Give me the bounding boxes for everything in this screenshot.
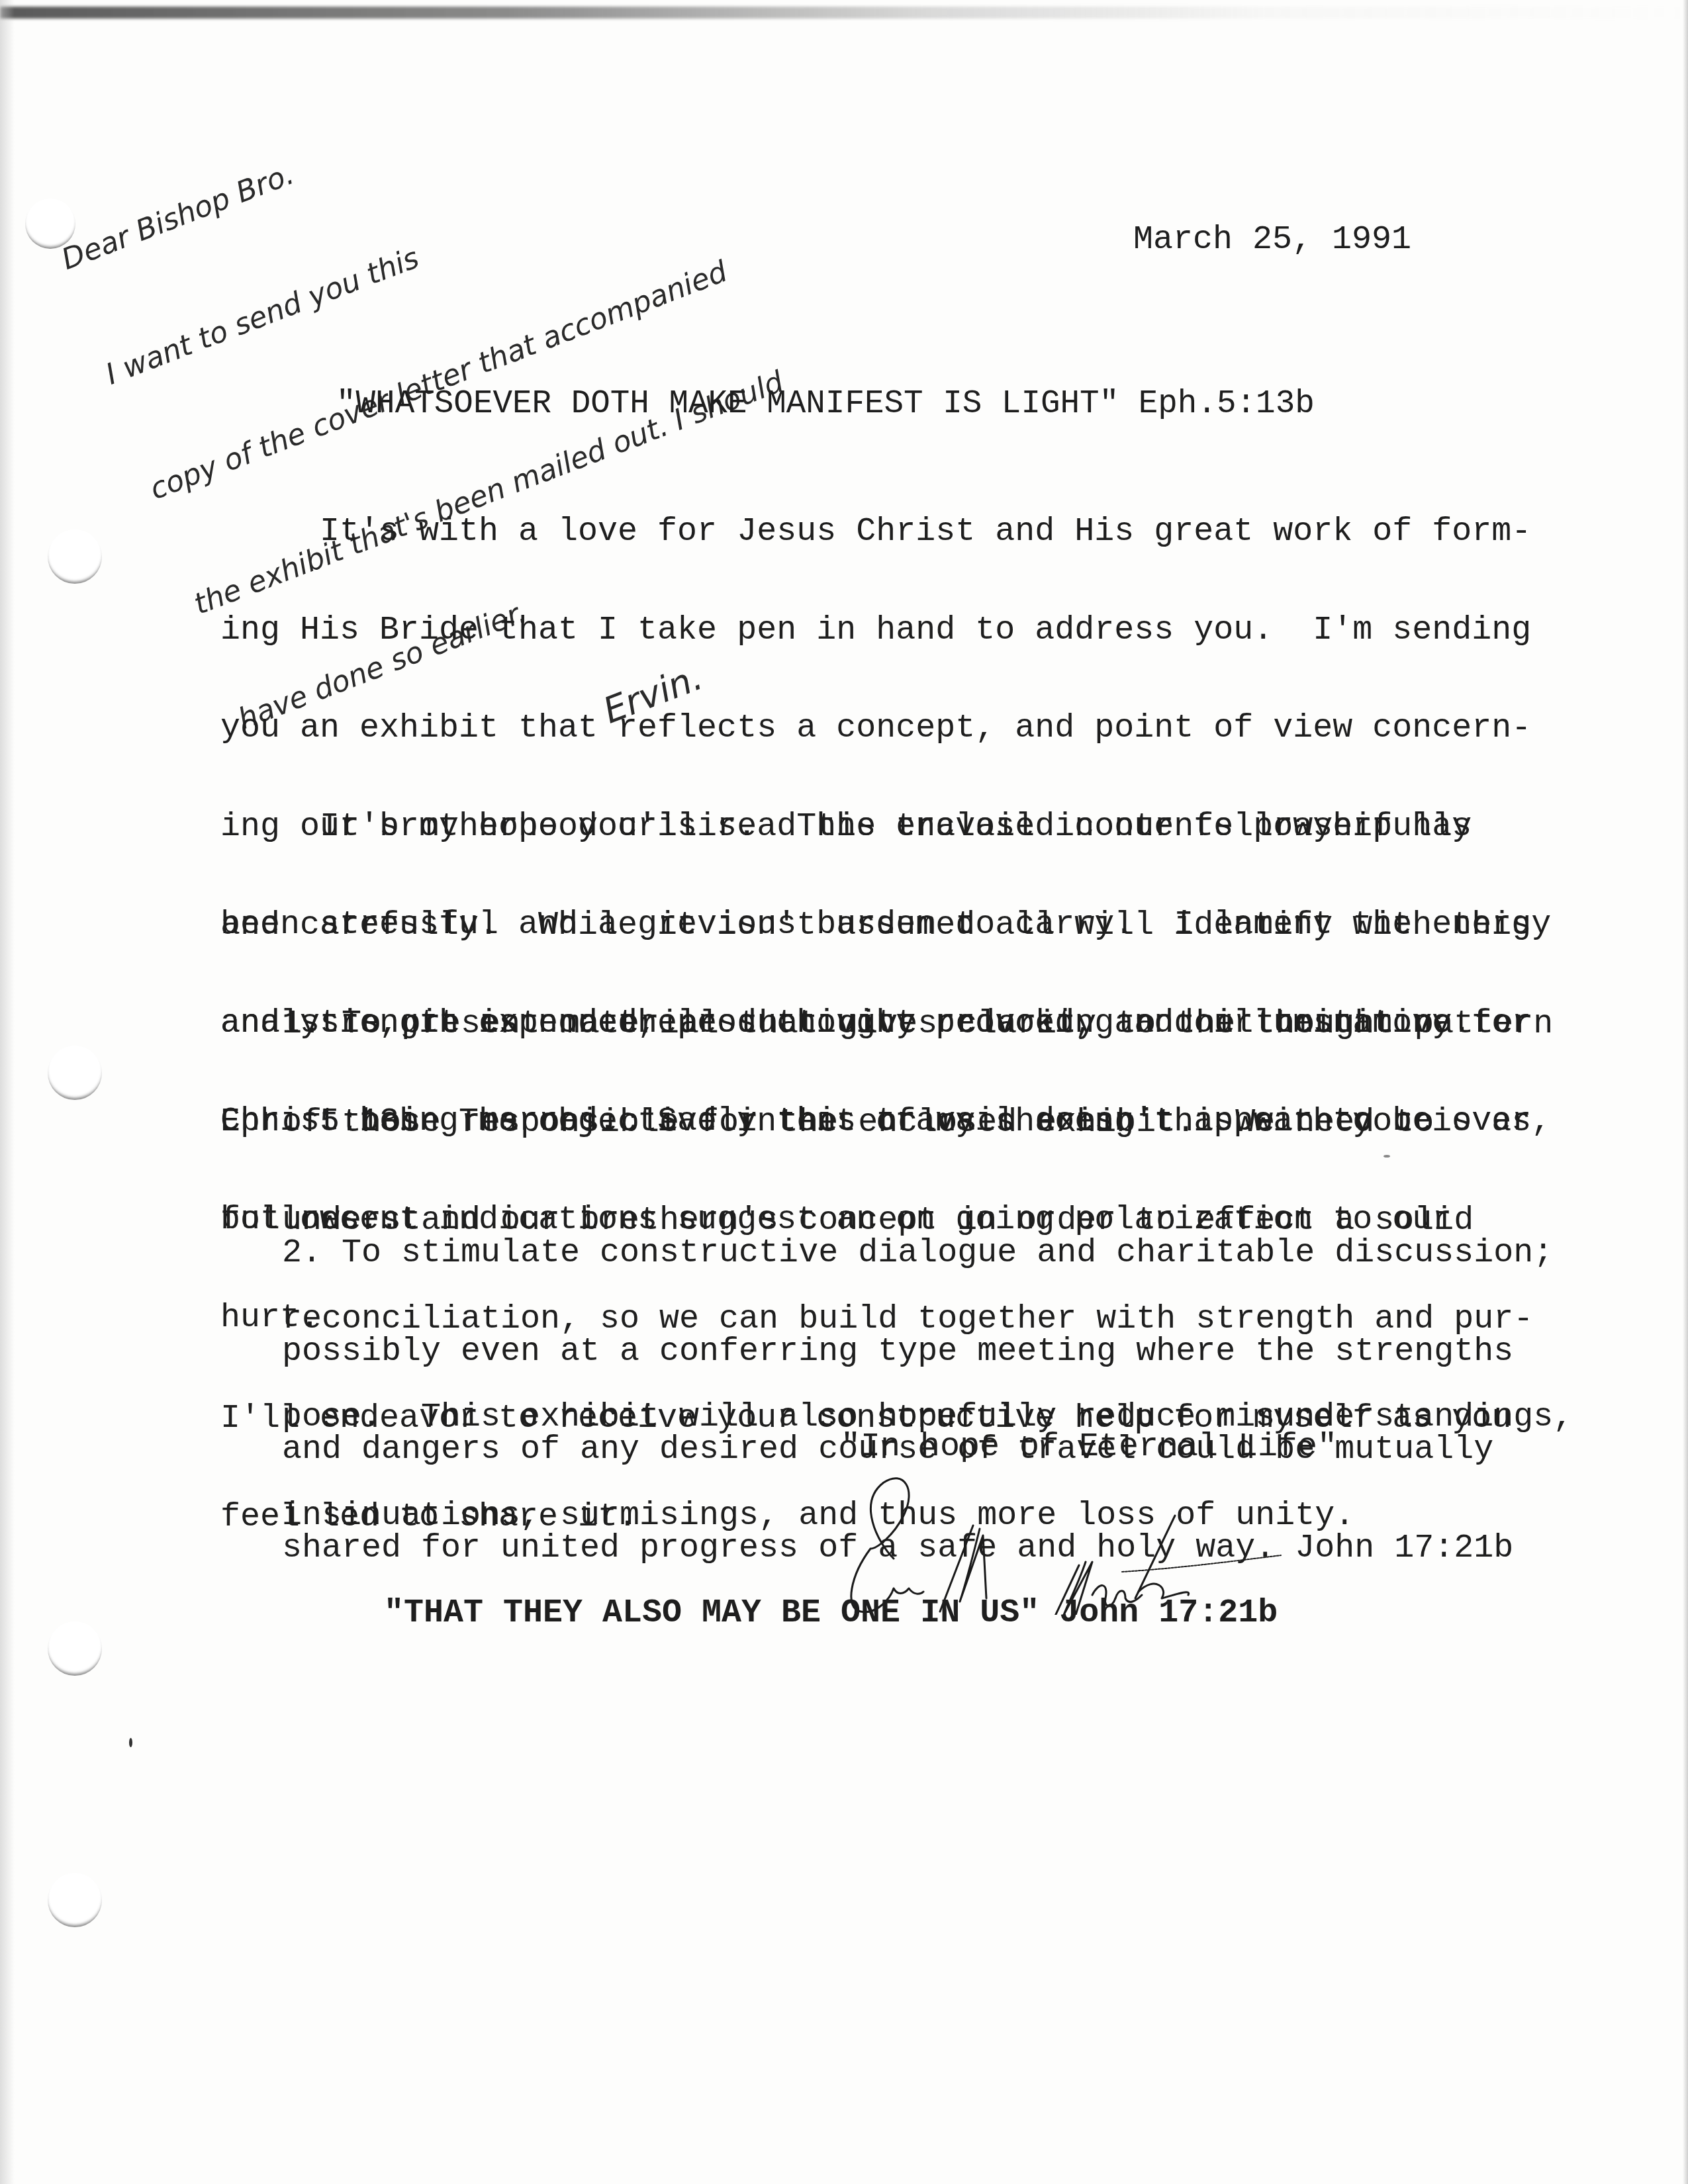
binder-hole-icon (48, 1873, 102, 1927)
note-line: Dear Bishop Bro. (56, 17, 657, 281)
scanned-letter-page: Dear Bishop Bro. I want to send you this… (0, 0, 1688, 2184)
scan-speck (1383, 1155, 1390, 1158)
closing-motto: "THAT THEY ALSO MAY BE ONE IN US" John 1… (384, 1597, 1278, 1630)
scan-speck (129, 1738, 132, 1747)
page-right-edge (1683, 0, 1688, 2184)
page-left-edge (0, 0, 15, 2184)
text-line: It's my hope you'll read the enclosed co… (220, 811, 1531, 844)
text-line: It's with a love for Jesus Christ and Hi… (220, 516, 1551, 549)
closing-salutation: "In hope of Eternal Life" (841, 1431, 1337, 1464)
text-line: and carefully. While it isn't assumed al… (220, 909, 1531, 942)
handwritten-signature-icon (831, 1463, 1294, 1615)
text-line: of those responsible for the enclosed ex… (282, 1107, 1573, 1140)
text-line: 2. To stimulate constructive dialogue an… (282, 1237, 1553, 1270)
binder-hole-icon (48, 1046, 102, 1100)
letter-date: March 25, 1991 (1133, 224, 1411, 257)
note-line: I want to send you this (100, 132, 701, 395)
letter-title: "WHATSOEVER DOTH MAKE MANIFEST IS LIGHT"… (336, 388, 1315, 421)
text-line: you an exhibit that reflects a concept, … (220, 712, 1551, 745)
text-line: 1. To present material that gives clarit… (282, 1008, 1573, 1041)
binder-hole-icon (48, 529, 102, 584)
text-line: ing His Bride that I take pen in hand to… (220, 614, 1551, 647)
binder-hole-icon (48, 1621, 102, 1676)
scanner-edge-shadow (0, 7, 1688, 19)
